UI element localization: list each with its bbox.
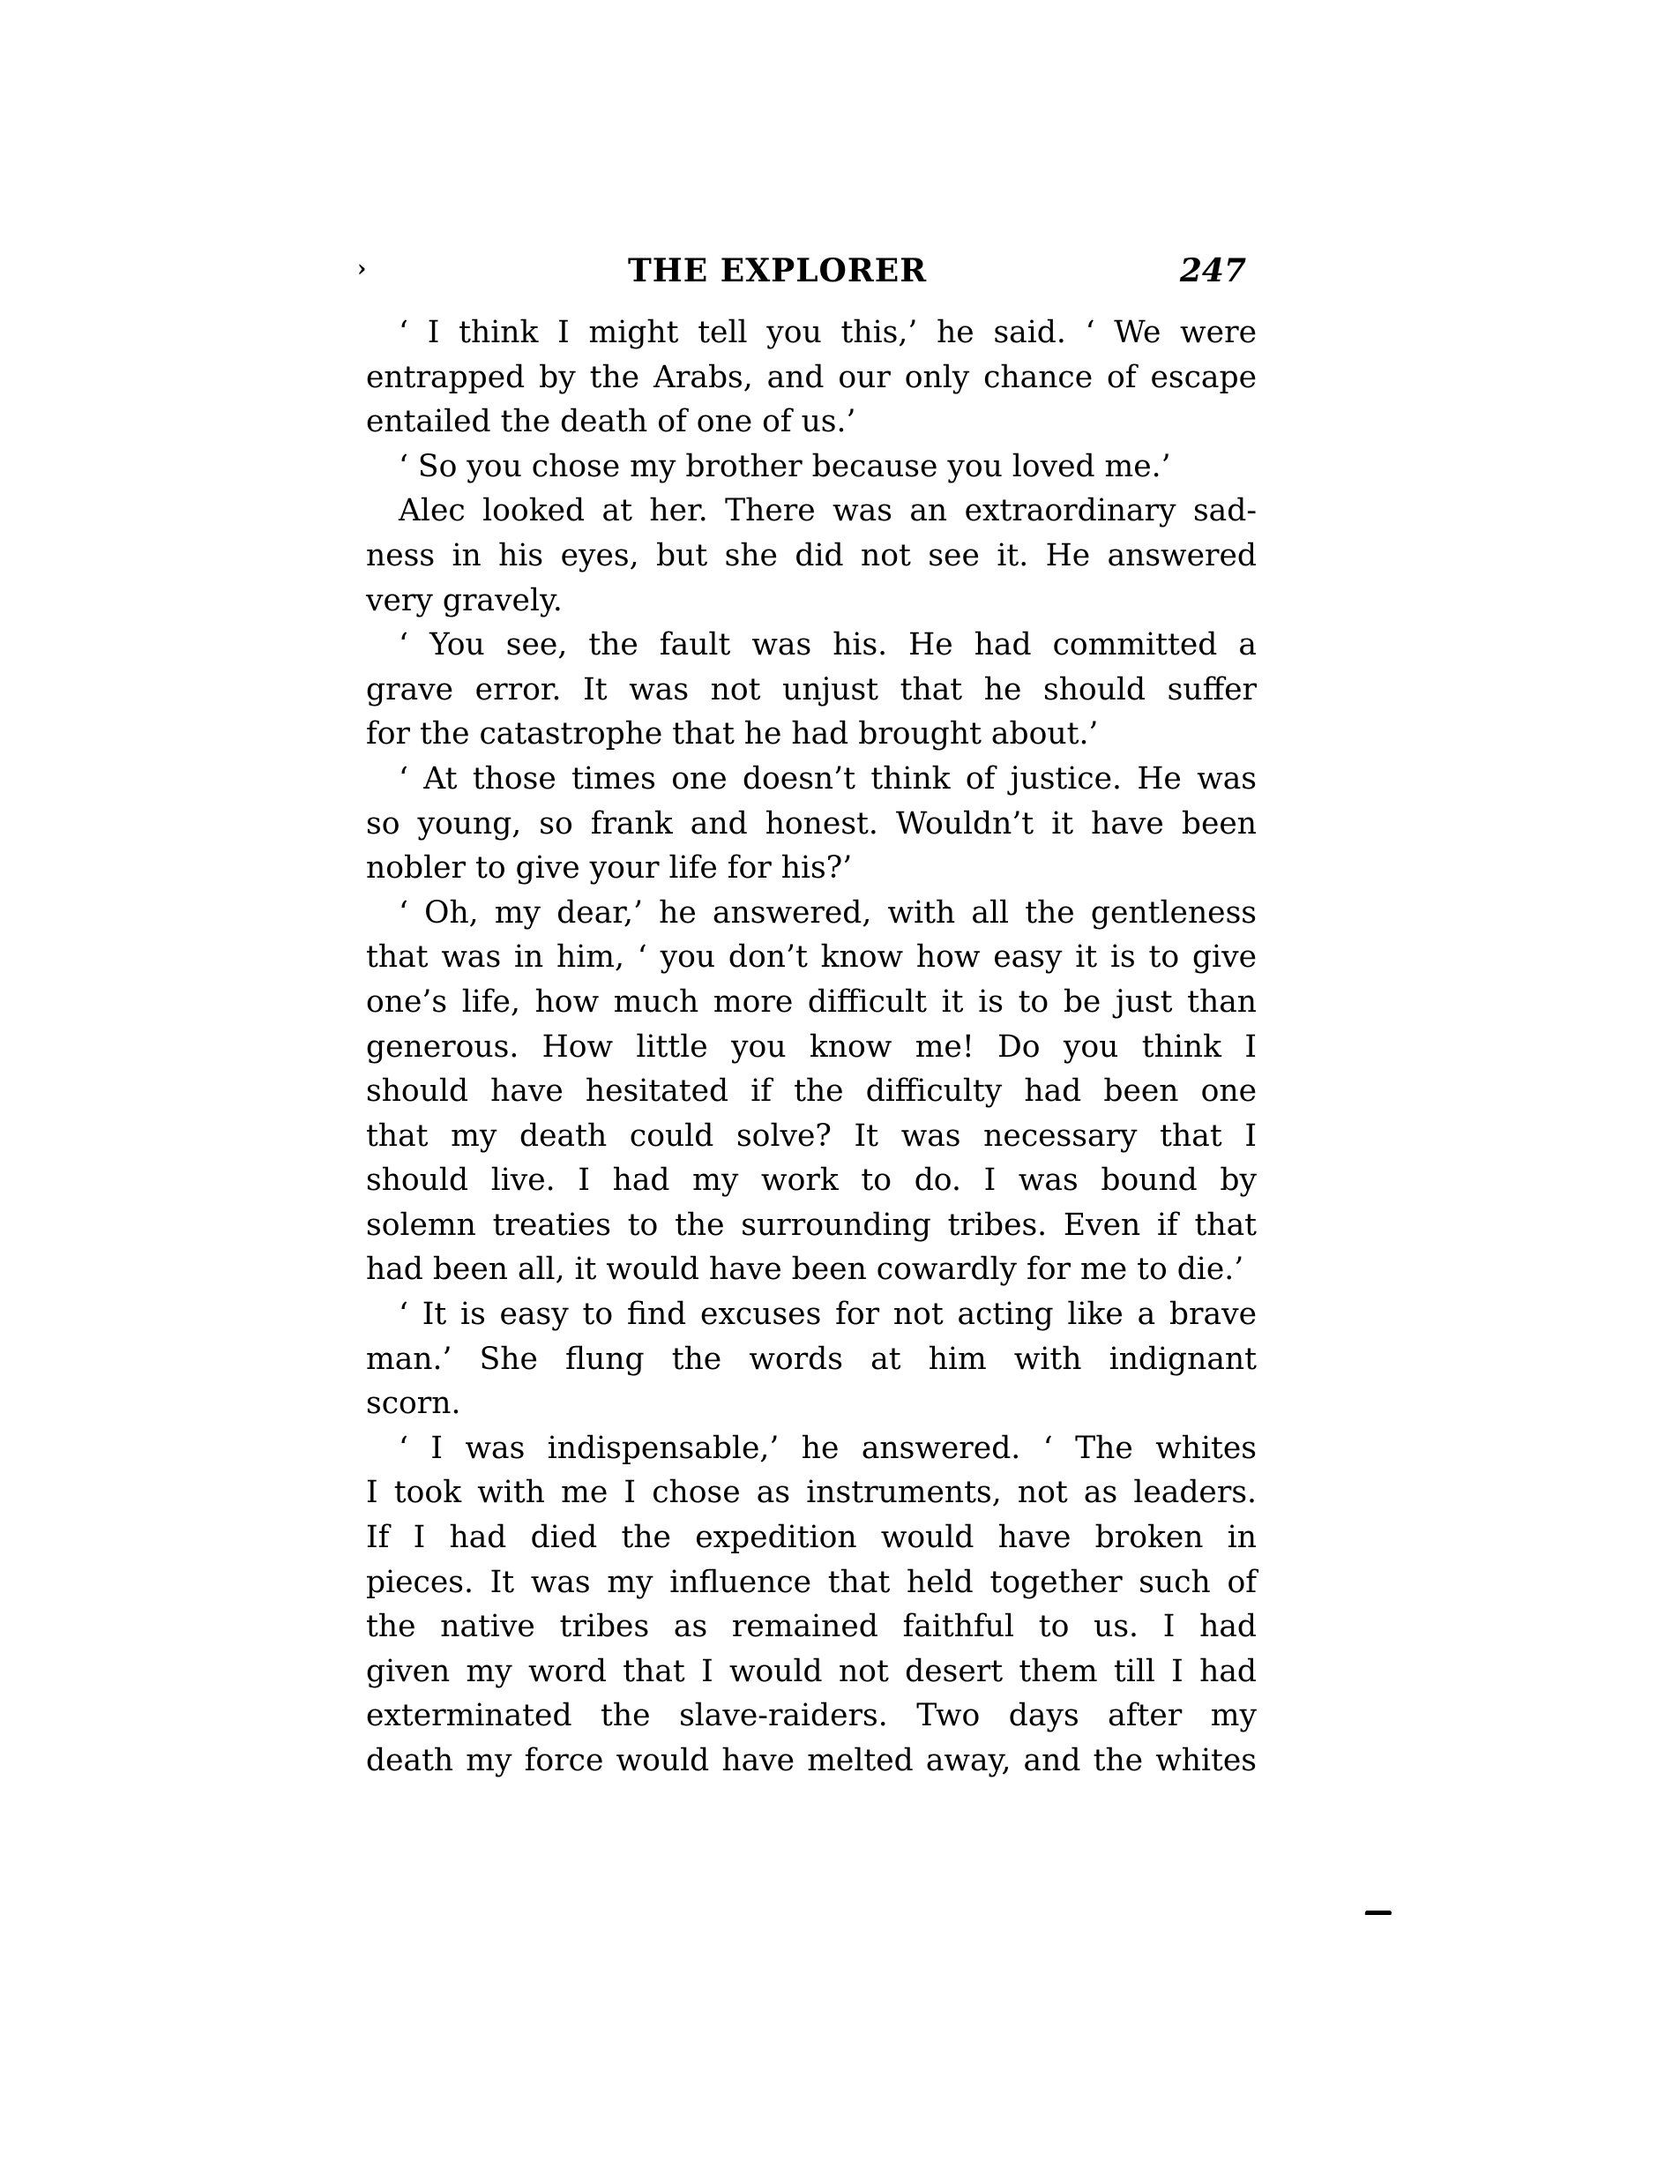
- body-text: ‘ I think I might tell you this,’ he sai…: [366, 310, 1257, 1784]
- text-line: scorn.: [366, 1381, 1257, 1426]
- text-line: the native tribes as remained faithful t…: [366, 1604, 1257, 1649]
- text-line: grave error. It was not unjust that he s…: [366, 668, 1257, 713]
- text-line: one’s life, how much more difficult it i…: [366, 980, 1257, 1025]
- text-line: ‘ I was indispensable,’ he answered. ‘ T…: [366, 1426, 1257, 1471]
- text-line: ness in his eyes, but she did not see it…: [366, 534, 1257, 579]
- text-line: If I had died the expedition would have …: [366, 1515, 1257, 1560]
- text-line: should have hesitated if the difficulty …: [366, 1069, 1257, 1114]
- text-line: death my force would have melted away, a…: [366, 1739, 1257, 1784]
- text-line: had been all, it would have been cowardl…: [366, 1247, 1257, 1292]
- text-line: given my word that I would not desert th…: [366, 1649, 1257, 1694]
- text-line: for the catastrophe that he had brought …: [366, 712, 1257, 757]
- text-line: ‘ You see, the fault was his. He had com…: [366, 623, 1257, 668]
- text-line: Alec looked at her. There was an extraor…: [366, 489, 1257, 534]
- text-line: ‘ So you chose my brother because you lo…: [366, 445, 1257, 490]
- text-line: exterminated the slave-raiders. Two days…: [366, 1694, 1257, 1739]
- text-line: that was in him, ‘ you don’t know how ea…: [366, 935, 1257, 980]
- text-line: entrapped by the Arabs, and our only cha…: [366, 355, 1257, 400]
- text-line: ‘ At those times one doesn’t think of ju…: [366, 757, 1257, 802]
- text-line: ‘ Oh, my dear,’ he answered, with all th…: [366, 891, 1257, 936]
- text-line: entailed the death of one of us.’: [366, 400, 1257, 445]
- page-number: 247: [1180, 252, 1246, 289]
- text-line: man.’ She flung the words at him with in…: [366, 1337, 1257, 1382]
- text-line: should live. I had my work to do. I was …: [366, 1158, 1257, 1203]
- text-line: pieces. It was my influence that held to…: [366, 1560, 1257, 1605]
- text-line: generous. How little you know me! Do you…: [366, 1025, 1257, 1070]
- text-line: ‘ It is easy to find excuses for not act…: [366, 1292, 1257, 1337]
- text-line: very gravely.: [366, 579, 1257, 624]
- text-line: so young, so frank and honest. Wouldn’t …: [366, 802, 1257, 847]
- margin-mark: ›: [357, 256, 366, 282]
- text-line: ‘ I think I might tell you this,’ he sai…: [366, 310, 1257, 355]
- running-title: THE EXPLORER: [628, 252, 927, 289]
- text-line: that my death could solve? It was necess…: [366, 1114, 1257, 1159]
- running-head: › THE EXPLORER 247: [357, 252, 1246, 296]
- text-line: I took with me I chose as instruments, n…: [366, 1470, 1257, 1515]
- text-line: solemn treaties to the surrounding tribe…: [366, 1203, 1257, 1248]
- text-line: nobler to give your life for his?’: [366, 846, 1257, 891]
- scan-mark: [1365, 1911, 1393, 1915]
- book-page: › THE EXPLORER 247 ‘ I think I might tel…: [0, 0, 1680, 2184]
